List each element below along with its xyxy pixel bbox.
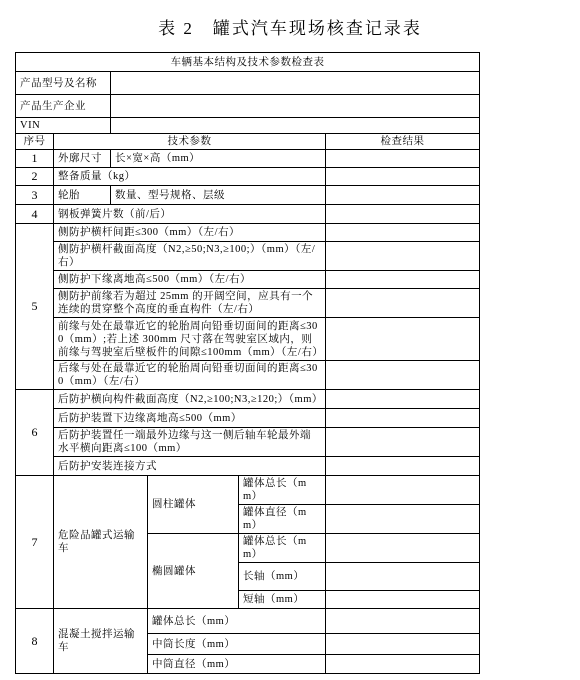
- param-label-cell: 整备质量（kg）: [54, 168, 326, 186]
- param-label-cell: 长×宽×高（mm）: [111, 150, 326, 168]
- table-row: 前缘与处在最靠近它的轮胎周向铅垂切面间的距离≤300（mm）;若上述 300mm…: [16, 318, 480, 361]
- inspection-table: 车辆基本结构及技术参数检查表产品型号及名称产品生产企业VIN序号技术参数检查结果…: [15, 52, 480, 674]
- param-label-cell: 后防护横向构件截面高度（N2,≥100;N3,≥120;）（mm）: [54, 390, 326, 409]
- result-input-cell[interactable]: [326, 563, 480, 591]
- table-row: 序号技术参数检查结果: [16, 134, 480, 150]
- table-row: 车辆基本结构及技术参数检查表: [16, 53, 480, 72]
- result-input-cell[interactable]: [326, 150, 480, 168]
- row-number-cell: 1: [16, 150, 54, 168]
- table-row: 8混凝土搅拌运输车罐体总长（mm）: [16, 609, 480, 634]
- result-input-cell[interactable]: [326, 168, 480, 186]
- table-row: 4钢板弹簧片数（前/后）: [16, 205, 480, 224]
- result-input-cell[interactable]: [326, 205, 480, 224]
- param-label-cell: 后缘与处在最靠近它的轮胎周向铅垂切面间的距离≤300（mm）（左/右）: [54, 361, 326, 390]
- param-label-cell: 罐体总长（mm）: [239, 534, 326, 563]
- param-label-cell: 后防护装置任一端最外边缘与这一侧后轴车轮最外端水平横向距离≤100（mm）: [54, 428, 326, 457]
- column-header-cell: 车辆基本结构及技术参数检查表: [16, 53, 480, 72]
- result-input-cell[interactable]: [326, 505, 480, 534]
- result-input-cell[interactable]: [326, 271, 480, 289]
- param-label-cell: 长轴（mm）: [239, 563, 326, 591]
- table-row: 侧防护下缘离地高≤500（mm）（左/右）: [16, 271, 480, 289]
- row-number-cell: 2: [16, 168, 54, 186]
- result-input-cell[interactable]: [111, 118, 480, 134]
- table-row: 1外廓尺寸长×宽×高（mm）: [16, 150, 480, 168]
- result-input-cell[interactable]: [326, 457, 480, 476]
- row-number-cell: 5: [16, 224, 54, 390]
- param-label-cell: 危险品罐式运输车: [54, 476, 148, 609]
- param-label-cell: 轮胎: [54, 186, 111, 205]
- param-label-cell: 外廓尺寸: [54, 150, 111, 168]
- param-label-cell: 产品型号及名称: [16, 72, 111, 95]
- table-row: 后防护安装连接方式: [16, 457, 480, 476]
- table-row: 侧防护横杆截面高度（N2,≥50;N3,≥100;）（mm）（左/右）: [16, 242, 480, 271]
- result-input-cell[interactable]: [326, 242, 480, 271]
- param-label-cell: 产品生产企业: [16, 95, 111, 118]
- row-number-cell: 7: [16, 476, 54, 609]
- result-input-cell[interactable]: [326, 534, 480, 563]
- result-input-cell[interactable]: [111, 95, 480, 118]
- param-label-cell: 罐体总长（mm）: [239, 476, 326, 505]
- table-row: 产品生产企业: [16, 95, 480, 118]
- table-row: 7危险品罐式运输车圆柱罐体罐体总长（mm）: [16, 476, 480, 505]
- param-label-cell: 圆柱罐体: [148, 476, 239, 534]
- table-row: 3轮胎数量、型号规格、层级: [16, 186, 480, 205]
- table-row: 产品型号及名称: [16, 72, 480, 95]
- param-label-cell: 侧防护横杆间距≤300（mm）（左/右）: [54, 224, 326, 242]
- param-label-cell: 后防护安装连接方式: [54, 457, 326, 476]
- result-input-cell[interactable]: [326, 390, 480, 409]
- document-page: 表 2 罐式汽车现场核查记录表 车辆基本结构及技术参数检查表产品型号及名称产品生…: [0, 0, 580, 680]
- param-label-cell: 侧防护横杆截面高度（N2,≥50;N3,≥100;）（mm）（左/右）: [54, 242, 326, 271]
- param-label-cell: VIN: [16, 118, 111, 134]
- param-label-cell: 中筒长度（mm）: [148, 634, 326, 655]
- result-input-cell[interactable]: [326, 224, 480, 242]
- param-label-cell: 罐体总长（mm）: [148, 609, 326, 634]
- column-header-cell: 检查结果: [326, 134, 480, 150]
- column-header-cell: 技术参数: [54, 134, 326, 150]
- param-label-cell: 中筒直径（mm）: [148, 655, 326, 674]
- param-label-cell: 侧防护下缘离地高≤500（mm）（左/右）: [54, 271, 326, 289]
- param-label-cell: 数量、型号规格、层级: [111, 186, 326, 205]
- result-input-cell[interactable]: [326, 476, 480, 505]
- param-label-cell: 椭圆罐体: [148, 534, 239, 609]
- row-number-cell: 6: [16, 390, 54, 476]
- table-row: 侧防护前缘若为超过 25mm 的开阔空间，应具有一个连续的贯穿整个高度的垂直构件…: [16, 289, 480, 318]
- param-label-cell: 短轴（mm）: [239, 591, 326, 609]
- table-row: 5侧防护横杆间距≤300（mm）（左/右）: [16, 224, 480, 242]
- table-row: 后防护装置任一端最外边缘与这一侧后轴车轮最外端水平横向距离≤100（mm）: [16, 428, 480, 457]
- param-label-cell: 侧防护前缘若为超过 25mm 的开阔空间，应具有一个连续的贯穿整个高度的垂直构件…: [54, 289, 326, 318]
- row-number-cell: 3: [16, 186, 54, 205]
- param-label-cell: 罐体直径（mm）: [239, 505, 326, 534]
- table-row: 6后防护横向构件截面高度（N2,≥100;N3,≥120;）（mm）: [16, 390, 480, 409]
- inspection-table-body: 车辆基本结构及技术参数检查表产品型号及名称产品生产企业VIN序号技术参数检查结果…: [16, 53, 480, 674]
- table-row: 后缘与处在最靠近它的轮胎周向铅垂切面间的距离≤300（mm）（左/右）: [16, 361, 480, 390]
- table-row: VIN: [16, 118, 480, 134]
- result-input-cell[interactable]: [326, 609, 480, 634]
- result-input-cell[interactable]: [326, 318, 480, 361]
- column-header-cell: 序号: [16, 134, 54, 150]
- row-number-cell: 8: [16, 609, 54, 674]
- document-title: 表 2 罐式汽车现场核查记录表: [0, 14, 580, 39]
- param-label-cell: 前缘与处在最靠近它的轮胎周向铅垂切面间的距离≤300（mm）;若上述 300mm…: [54, 318, 326, 361]
- param-label-cell: 后防护装置下边缘离地高≤500（mm）: [54, 409, 326, 428]
- param-label-cell: 混凝土搅拌运输车: [54, 609, 148, 674]
- result-input-cell[interactable]: [326, 655, 480, 674]
- table-row: 后防护装置下边缘离地高≤500（mm）: [16, 409, 480, 428]
- result-input-cell[interactable]: [326, 634, 480, 655]
- table-row: 2整备质量（kg）: [16, 168, 480, 186]
- result-input-cell[interactable]: [326, 186, 480, 205]
- result-input-cell[interactable]: [326, 428, 480, 457]
- param-label-cell: 钢板弹簧片数（前/后）: [54, 205, 326, 224]
- result-input-cell[interactable]: [111, 72, 480, 95]
- row-number-cell: 4: [16, 205, 54, 224]
- result-input-cell[interactable]: [326, 591, 480, 609]
- result-input-cell[interactable]: [326, 289, 480, 318]
- result-input-cell[interactable]: [326, 409, 480, 428]
- result-input-cell[interactable]: [326, 361, 480, 390]
